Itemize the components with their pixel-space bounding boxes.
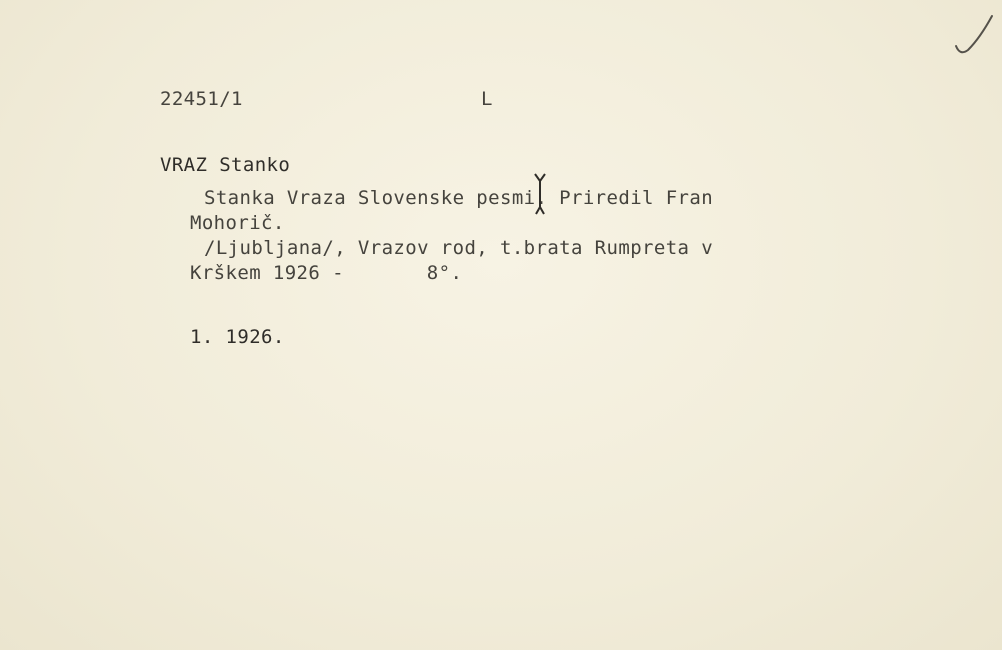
title-line-2: Mohorič. [190, 212, 285, 234]
location-code: L [481, 88, 493, 110]
call-number: 22451/1 [160, 88, 243, 110]
insertion-caret-icon [533, 172, 547, 216]
imprint-line-1: /Ljubljana/, Vrazov rod, t.brata Rumpret… [204, 237, 713, 259]
check-mark-icon [950, 8, 995, 58]
catalog-card: 22451/1 L VRAZ Stanko Stanka Vraza Slove… [0, 0, 1002, 650]
author-heading: VRAZ Stanko [160, 154, 290, 176]
acquisition-note: 1. 1926. [190, 326, 285, 348]
imprint-line-2: Krškem 1926 - 8°. [190, 262, 462, 284]
title-line-1: Stanka Vraza Slovenske pesmi. Priredil F… [204, 187, 713, 209]
